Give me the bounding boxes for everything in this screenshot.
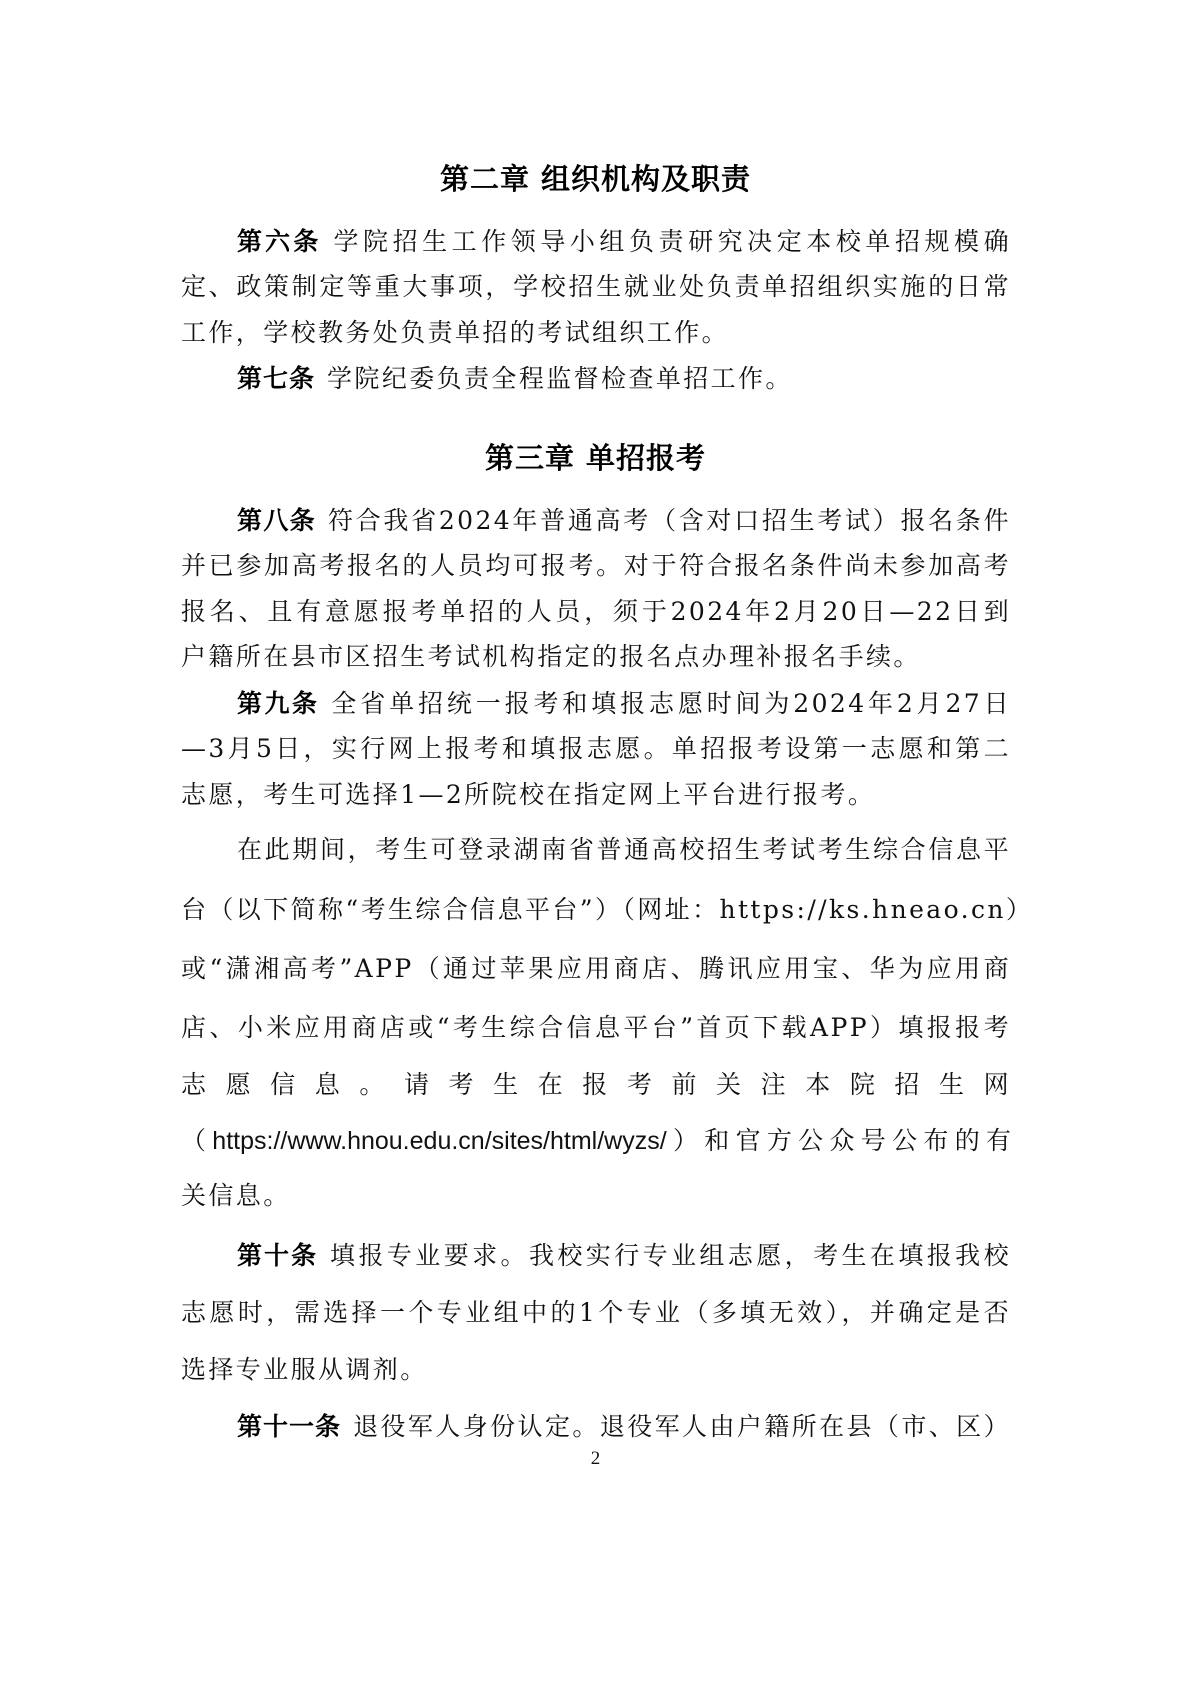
- article-6-label: 第六条: [237, 227, 321, 256]
- platform-para-line-3: 或“潇湘高考”APP（通过苹果应用商店、腾讯应用宝、华为应用商: [181, 953, 1011, 985]
- article-8-line-4: 户籍所在县市区招生考试机构指定的报名点办理补报名手续。: [181, 641, 1011, 673]
- page-number: 2: [0, 1448, 1191, 1470]
- chapter-2-title: 第二章 组织机构及职责: [0, 157, 1191, 198]
- article-10-line-1: 第十条填报专业要求。我校实行专业组志愿，考生在填报我校: [237, 1240, 1011, 1272]
- article-6-line-3: 工作，学校教务处负责单招的考试组织工作。: [181, 317, 1011, 349]
- platform-para-line-5: 志愿信息。请考生在报考前关注本院招生网: [181, 1069, 1011, 1101]
- article-9-line-3: 志愿，考生可选择1—2所院校在指定网上平台进行报考。: [181, 779, 1011, 811]
- article-6-line-1: 第六条学院招生工作领导小组负责研究决定本校单招规模确: [237, 226, 1011, 258]
- article-10-label: 第十条: [237, 1241, 318, 1270]
- document-page: 第二章 组织机构及职责 第六条学院招生工作领导小组负责研究决定本校单招规模确 定…: [0, 0, 1191, 1684]
- platform-para-line-4: 店、小米应用商店或“考生综合信息平台”首页下载APP）填报报考: [181, 1012, 1011, 1044]
- platform-para-line-6: （https://www.hnou.edu.cn/sites/html/wyzs…: [181, 1125, 1011, 1157]
- article-9-label: 第九条: [237, 689, 319, 718]
- article-9-line-1: 第九条全省单招统一报考和填报志愿时间为2024年2月27日: [237, 688, 1011, 720]
- platform-para-line-2: 台（以下简称“考生综合信息平台”）（网址：https://ks.hneao.cn…: [181, 894, 1011, 926]
- article-6-line-2: 定、政策制定等重大事项，学校招生就业处负责单招组织实施的日常: [181, 271, 1011, 303]
- article-11-line-1: 第十一条退役军人身份认定。退役军人由户籍所在县（市、区）: [237, 1411, 1011, 1443]
- platform-para-line-1: 在此期间，考生可登录湖南省普通高校招生考试考生综合信息平: [237, 834, 1011, 866]
- platform-para-line-7: 关信息。: [181, 1180, 1011, 1212]
- article-11-label: 第十一条: [237, 1412, 341, 1441]
- article-7-line-1: 第七条学院纪委负责全程监督检查单招工作。: [237, 363, 1011, 395]
- article-10-line-2: 志愿时，需选择一个专业组中的1个专业（多填无效），并确定是否: [181, 1297, 1011, 1329]
- article-9-line-2: —3月5日，实行网上报考和填报志愿。单招报考设第一志愿和第二: [181, 733, 1011, 765]
- article-10-line-3: 选择专业服从调剂。: [181, 1354, 1011, 1386]
- article-7-label: 第七条: [237, 364, 315, 393]
- article-8-line-1: 第八条符合我省2024年普通高考（含对口招生考试）报名条件: [237, 505, 1011, 537]
- article-8-line-2: 并已参加高考报名的人员均可报考。对于符合报名条件尚未参加高考: [181, 550, 1011, 582]
- article-8-label: 第八条: [237, 506, 316, 535]
- chapter-3-title: 第三章 单招报考: [0, 436, 1191, 477]
- article-8-line-3: 报名、且有意愿报考单招的人员，须于2024年2月20日—22日到: [181, 596, 1011, 628]
